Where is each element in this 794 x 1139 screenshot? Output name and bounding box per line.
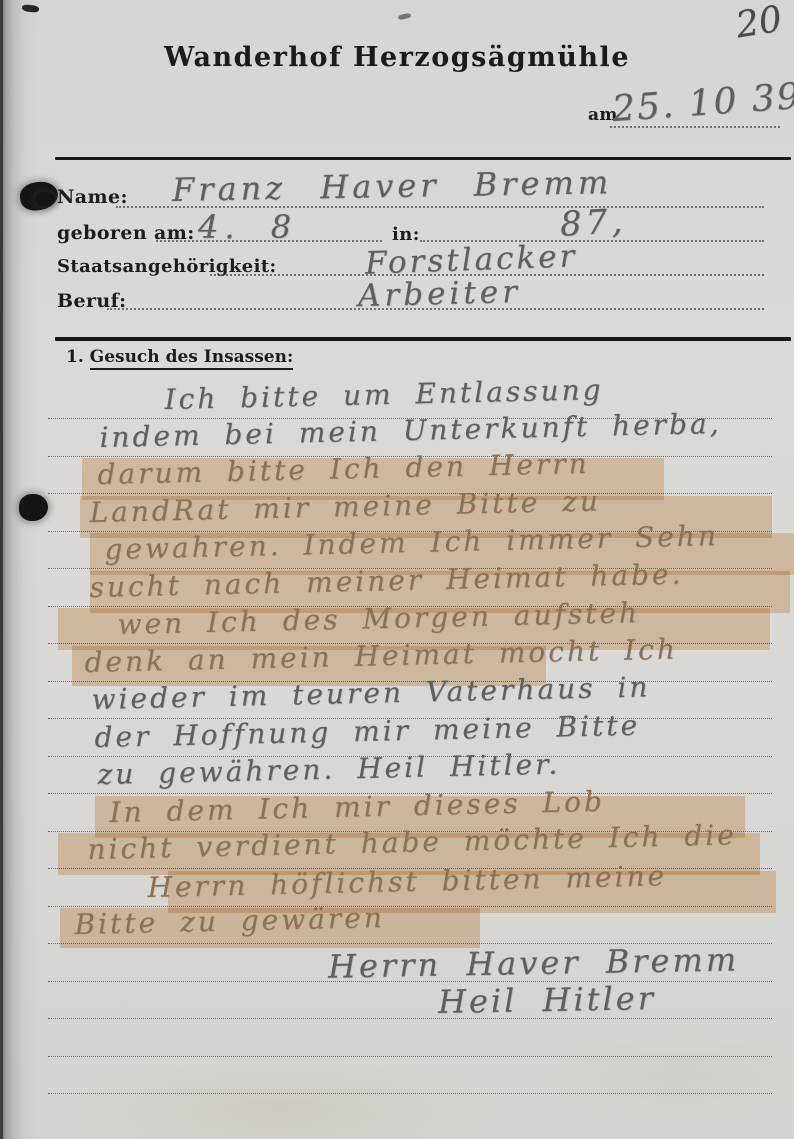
scan-edge-shadow — [0, 0, 38, 1139]
field-value-name: Franz Haver Bremm — [172, 163, 613, 209]
ruled-line — [48, 1018, 772, 1019]
field-value-occupation: Arbeiter — [358, 274, 522, 314]
scanned-document-page: 20 Wanderhof Herzogsägmühle am 25. 10 39… — [0, 0, 794, 1139]
ink-mark — [398, 13, 412, 21]
date-value: 25. 10 39. — [611, 75, 794, 130]
field-label-name: Name: — [57, 186, 128, 208]
section-heading-text: Gesuch des Insassen: — [90, 347, 294, 370]
section-heading: 1. Gesuch des Insassen: — [66, 347, 293, 367]
divider-rule — [55, 337, 791, 341]
punch-hole — [19, 494, 48, 521]
letter-line: Bitte zu gewären — [74, 901, 385, 946]
field-value-born: 4. 8 — [198, 208, 297, 246]
signature-line: Heil Hitler — [438, 979, 657, 1021]
ruled-line — [48, 1056, 772, 1057]
page-number: 20 — [733, 0, 785, 46]
section-number: 1. — [66, 347, 84, 367]
scan-edge-line — [0, 0, 3, 1139]
signature-line: Herrn Haver Bremm — [328, 940, 740, 985]
ruled-line — [48, 1093, 772, 1094]
page-title: Wanderhof Herzogsägmühle — [0, 42, 794, 73]
field-label-born-in: in: — [392, 224, 420, 245]
divider-rule — [55, 157, 791, 160]
